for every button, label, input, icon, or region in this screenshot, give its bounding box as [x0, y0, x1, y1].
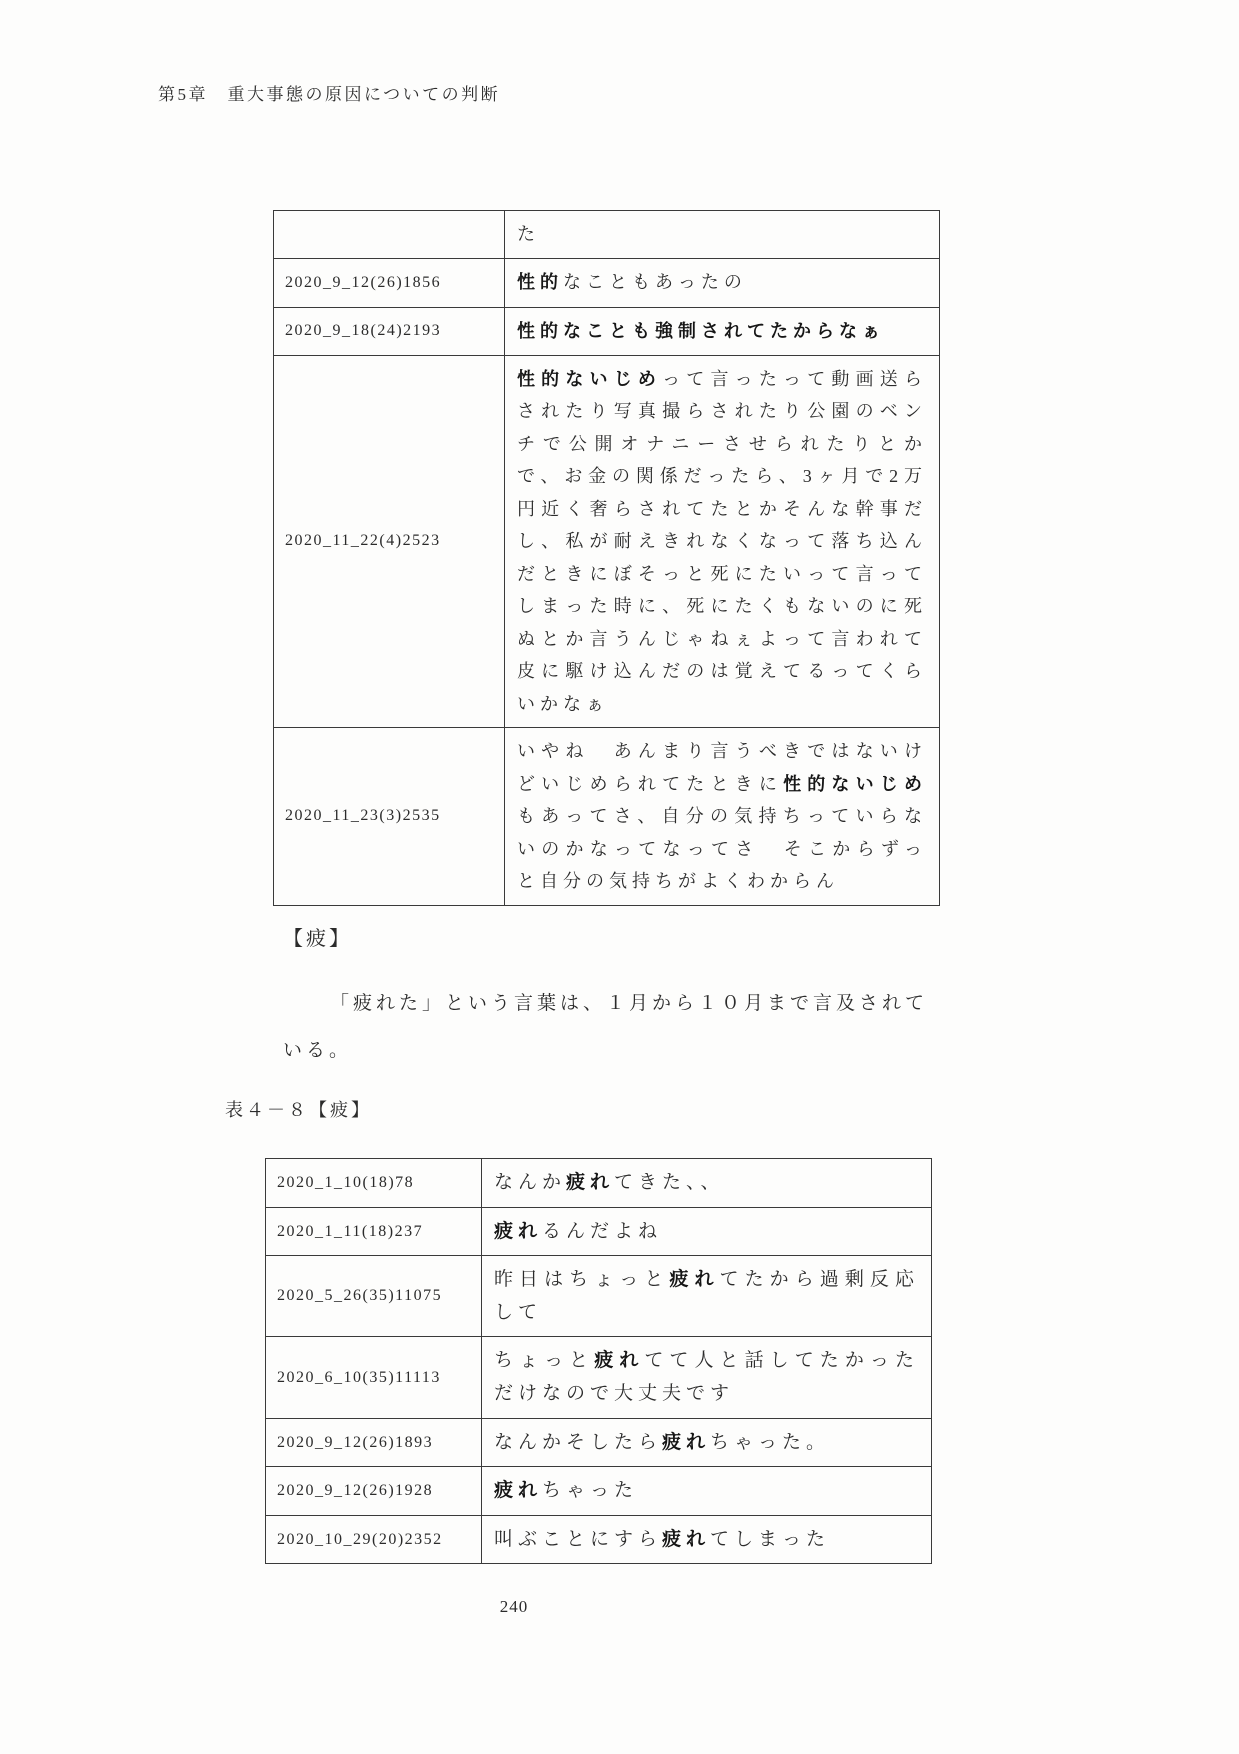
entry-id-cell: 2020_11_22(4)2523 [274, 355, 505, 728]
entry-id-cell: 2020_9_18(24)2193 [274, 307, 505, 355]
quotes-table-fatigue: 2020_1_10(18)78 なんか疲れてきた、、 2020_1_11(18)… [265, 1158, 932, 1564]
table-row: 2020_1_11(18)237 疲れるんだよね [266, 1208, 932, 1256]
chapter-header: 第5章 重大事態の原因についての判断 [158, 80, 500, 105]
table-row: 2020_11_23(3)2535 いやね あんまり言うべきではないけどいじめら… [274, 728, 940, 906]
quotes-table-sexual: た 2020_9_12(26)1856 性的なこともあったの 2020_9_18… [273, 210, 940, 906]
quote-cell: 性的なこともあったの [505, 258, 940, 307]
table-caption-4-8: 表４－８【疲】 [225, 1096, 372, 1122]
entry-id-cell: 2020_1_11(18)237 [266, 1208, 482, 1256]
entry-id-cell: 2020_9_12(26)1856 [274, 258, 505, 307]
quote-cell: 性的ないじめって言ったって動画送らされたり写真撮らされたり公園のベンチで公開オナ… [505, 355, 940, 728]
table-row: 2020_5_26(35)11075 昨日はちょっと疲れてたから過剰反応して [266, 1256, 932, 1337]
entry-id-cell: 2020_1_10(18)78 [266, 1159, 482, 1208]
table-row: 2020_6_10(35)11113 ちょっと疲れてて人と話してたかっただけなの… [266, 1337, 932, 1419]
paragraph-fatigue-line-1: 「疲れた」という言葉は、１月から１０月まで言及されて [330, 988, 928, 1015]
section-heading-fatigue: 【疲】 [283, 922, 352, 951]
entry-id-cell: 2020_6_10(35)11113 [266, 1337, 482, 1419]
quote-cell: 疲れるんだよね [482, 1208, 932, 1256]
paragraph-fatigue-line-2: いる。 [283, 1035, 352, 1062]
table-row: 2020_9_12(26)1856 性的なこともあったの [274, 258, 940, 307]
quote-cell: なんか疲れてきた、、 [482, 1159, 932, 1208]
quote-cell: 性的なことも強制されてたからなぁ [505, 307, 940, 355]
entry-id-cell: 2020_5_26(35)11075 [266, 1256, 482, 1337]
quote-cell: なんかそしたら疲れちゃった。 [482, 1419, 932, 1467]
quote-cell: 疲れちゃった [482, 1467, 932, 1516]
quote-cell: いやね あんまり言うべきではないけどいじめられてたときに性的ないじめもあってさ、… [505, 728, 940, 906]
quote-cell: ちょっと疲れてて人と話してたかっただけなので大丈夫です [482, 1337, 932, 1419]
entry-id-cell: 2020_9_12(26)1928 [266, 1467, 482, 1516]
entry-id-cell [274, 211, 505, 259]
entry-id-cell: 2020_11_23(3)2535 [274, 728, 505, 906]
table-row: 2020_9_12(26)1893 なんかそしたら疲れちゃった。 [266, 1419, 932, 1467]
document-page: 第5章 重大事態の原因についての判断 た 2020_9_12(26)1856 性… [0, 0, 1239, 1754]
table-row: 2020_11_22(4)2523 性的ないじめって言ったって動画送らされたり写… [274, 355, 940, 728]
quote-cell: た [505, 211, 940, 259]
entry-id-cell: 2020_10_29(20)2352 [266, 1516, 482, 1564]
table-row: た [274, 211, 940, 259]
table-row: 2020_1_10(18)78 なんか疲れてきた、、 [266, 1159, 932, 1208]
page-number: 240 [414, 1597, 614, 1617]
quote-cell: 叫ぶことにすら疲れてしまった [482, 1516, 932, 1564]
table-row: 2020_9_12(26)1928 疲れちゃった [266, 1467, 932, 1516]
quote-cell: 昨日はちょっと疲れてたから過剰反応して [482, 1256, 932, 1337]
table-row: 2020_9_18(24)2193 性的なことも強制されてたからなぁ [274, 307, 940, 355]
table-row: 2020_10_29(20)2352 叫ぶことにすら疲れてしまった [266, 1516, 932, 1564]
entry-id-cell: 2020_9_12(26)1893 [266, 1419, 482, 1467]
